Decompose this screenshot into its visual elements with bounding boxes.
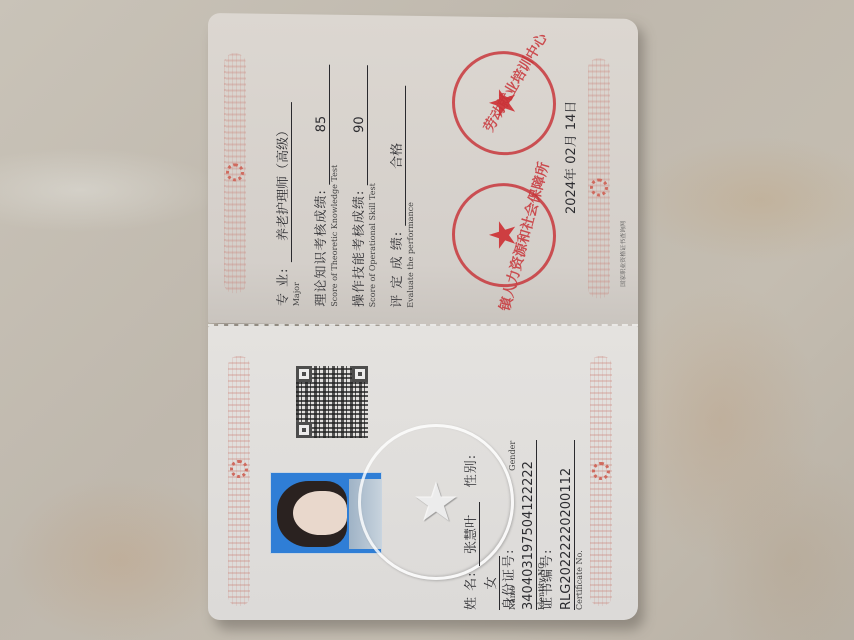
field-theory-score: 理论知识考核成绩: 85 Score of Theoretic Knowledg… <box>310 64 339 307</box>
binding-stitch <box>208 324 638 326</box>
top-page: 专 业: 养老护理师（高级） Major 理论知识考核成绩: 85 Score … <box>208 13 638 329</box>
evaluation-label-en: Evaluate the performance <box>406 86 415 308</box>
rosette-icon <box>230 460 248 478</box>
id-number-label: 身份证号: <box>502 549 517 610</box>
certificate-number-label-en: Certificate No. <box>575 440 584 610</box>
major-value: 养老护理师（高级） <box>276 124 291 241</box>
bottom-page: ★ 姓 名: 张慧叶 性别: 女 Name Gender 身份证号: 34040… <box>208 326 638 620</box>
id-number-value: 340403197504122222 <box>521 461 536 610</box>
official-seal-left: ★ 镇人力资源和社会保障所 <box>452 182 556 287</box>
field-major: 专 业: 养老护理师（高级） Major <box>272 102 301 306</box>
gender-value: 女 <box>484 577 499 590</box>
footer-site: 国家职业资格证书查询网 <box>620 221 627 287</box>
certificate-number-value: RLG20222220200112 <box>559 468 574 610</box>
official-seal-right: ★ 劳动就业培训中心 <box>452 50 556 155</box>
certificate-booklet: 专 业: 养老护理师（高级） Major 理论知识考核成绩: 85 Score … <box>208 16 638 620</box>
theory-score-label: 理论知识考核成绩: <box>314 189 329 307</box>
major-label-en: Major <box>292 103 301 307</box>
evaluation-value: 合格 <box>390 143 405 169</box>
theory-score-label-en: Score of Theoretic Knowledge Test <box>330 64 339 307</box>
qr-code <box>296 366 368 438</box>
rosette-icon <box>592 462 610 480</box>
name-label: 姓 名: <box>464 571 479 610</box>
issue-date: 2024年 02月 14日 <box>560 100 579 214</box>
star-icon: ★ <box>412 471 460 534</box>
footer-line: 国家职业资格证书查询网 查询号 11240680711111821 <box>610 216 638 288</box>
field-skill-score: 操作技能考核成绩: 90 Score of Operational Skill … <box>348 64 377 307</box>
evaluation-label: 评 定 成 绩: <box>390 231 405 308</box>
skill-score-label: 操作技能考核成绩: <box>352 190 367 308</box>
theory-score-value: 85 <box>314 116 329 133</box>
certificate-number-label: 证书编号: <box>540 549 555 610</box>
guilloche-band-left <box>228 356 250 606</box>
field-certificate-number: 证书编号: RLG20222220200112 Certificate No. <box>536 440 584 610</box>
name-value: 张慧叶 <box>464 515 479 554</box>
skill-score-label-en: Score of Operational Skill Test <box>368 65 377 308</box>
rosette-icon <box>590 178 608 196</box>
gender-label: 性别: <box>464 454 479 487</box>
field-evaluation: 评 定 成 绩: 合格 Evaluate the performance <box>386 86 415 308</box>
seal-right-text: 劳动就业培训中心 <box>478 29 551 135</box>
skill-score-value: 90 <box>352 116 367 133</box>
major-label: 专 业: <box>276 267 291 306</box>
guilloche-band-right <box>590 356 612 606</box>
rosette-icon <box>226 163 244 181</box>
